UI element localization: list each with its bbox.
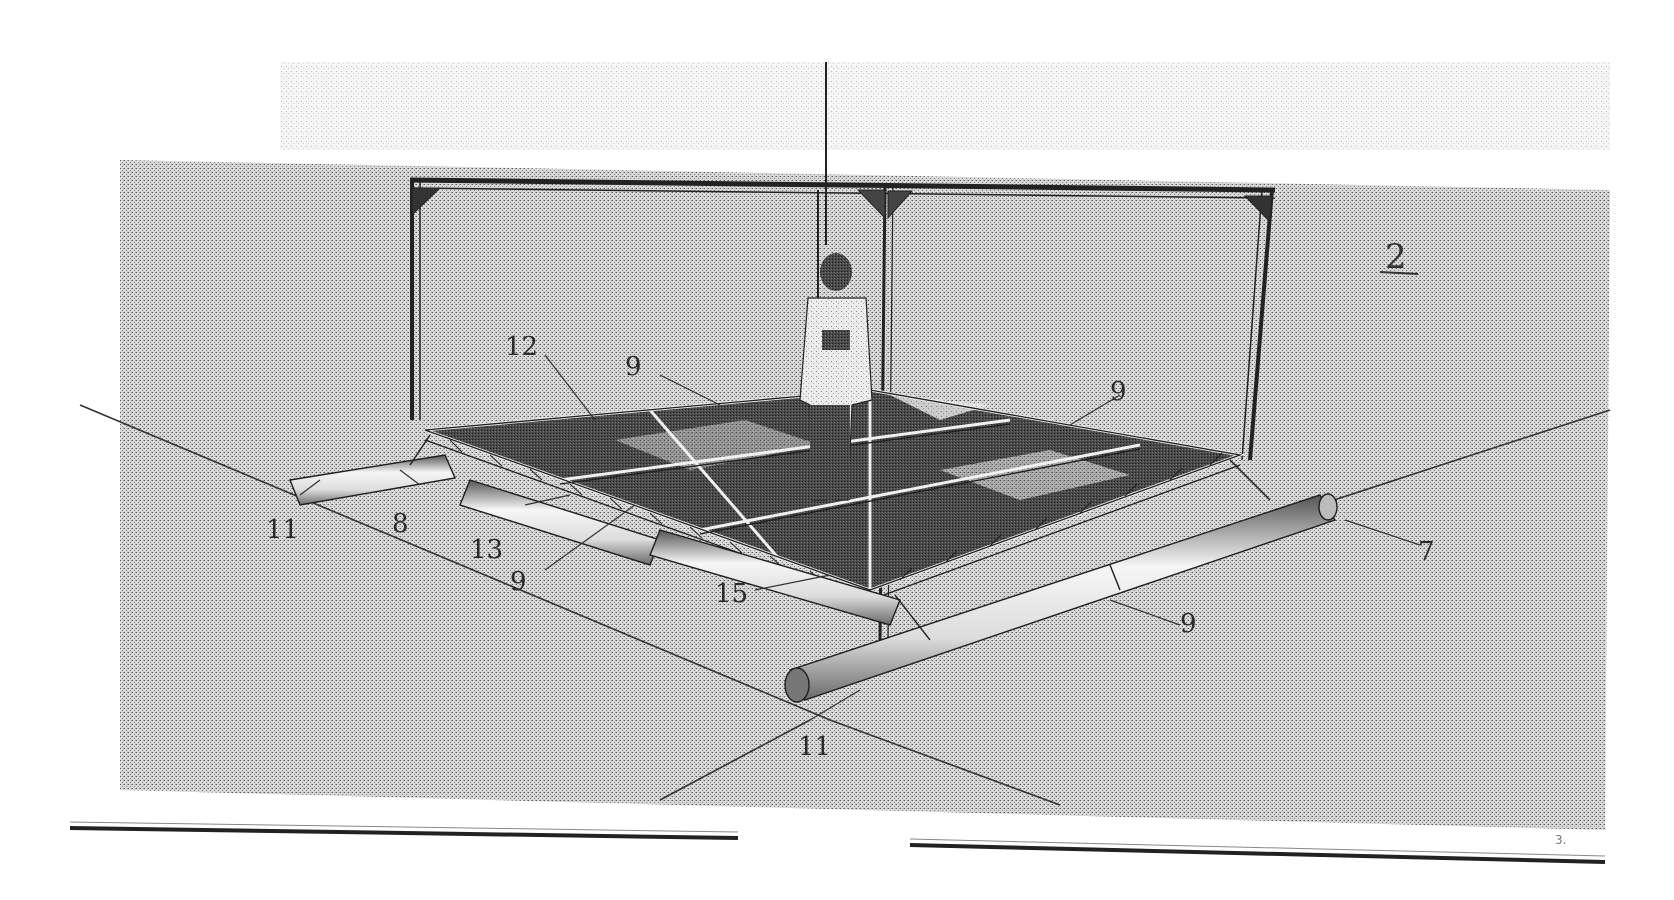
page-mark: 3. bbox=[1555, 833, 1566, 847]
page-rules bbox=[70, 822, 1605, 862]
ref-13: 13 bbox=[470, 535, 503, 565]
figure-label: 2 bbox=[1385, 237, 1407, 277]
upper-stipple-band bbox=[280, 62, 1610, 150]
ref-15: 15 bbox=[715, 579, 748, 609]
ref-7: 7 bbox=[1418, 537, 1435, 567]
ref-11b: 11 bbox=[798, 732, 831, 762]
ref-9c: 9 bbox=[510, 567, 527, 597]
ref-9a: 9 bbox=[625, 352, 642, 382]
ref-9b: 9 bbox=[1110, 377, 1127, 407]
ref-9d: 9 bbox=[1180, 609, 1197, 639]
patent-figure: 12 9 9 11 8 13 9 15 9 11 7 2 3. bbox=[0, 0, 1674, 900]
ref-11a: 11 bbox=[266, 515, 299, 545]
ref-8: 8 bbox=[392, 509, 409, 539]
ref-12: 12 bbox=[505, 332, 538, 362]
